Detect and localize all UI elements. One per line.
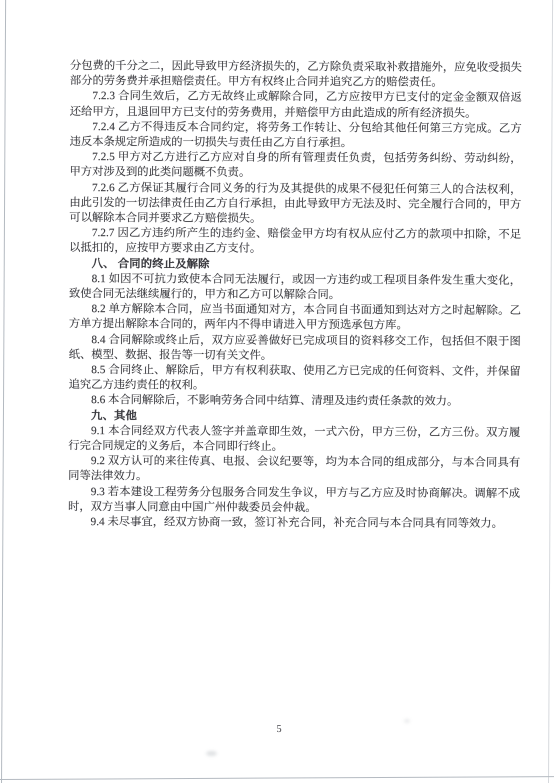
- contract-paragraph: 9.3 若本建设工程劳务分包服务合同发生争议，甲方与乙方应及时协商解决。调解不成…: [68, 485, 520, 517]
- page-edge-bottom: [0, 776, 554, 780]
- page-edge-right: [548, 0, 553, 783]
- scan-artifact: [206, 751, 217, 756]
- scan-artifact: [404, 719, 410, 723]
- contract-paragraph: 7.2.6 乙方保证其履行合同义务的行为及其提供的成果不侵犯任何第三人的合法权利…: [69, 181, 521, 229]
- contract-paragraph: 9.1 本合同经双方代表人签字并盖章即生效，一式六份，甲方三份，乙方三份。双方履…: [68, 424, 520, 456]
- contract-paragraph: 九、其他: [68, 409, 520, 426]
- contract-paragraph: 分包费的千分之二，因此导致甲方经济损失的，乙方除负责采取补救措施外，应免收受损失…: [70, 59, 522, 91]
- contract-paragraph: 8.6 本合同解除后，不影响劳务合同中结算、清理及违约责任条款的效力。: [68, 393, 520, 410]
- contract-paragraph: 8.1 如因不可抗力致使本合同无法履行，或因一方违约或工程项目条件发生重大变化，…: [69, 272, 521, 304]
- contract-paragraph: 8.4 合同解除或终止后，双方应妥善做好已完成项目的资料移交工作，包括但不限于图…: [69, 333, 521, 365]
- contract-paragraph: 八、 合同的终止及解除: [69, 257, 521, 274]
- contract-paragraph: 8.5 合同终止、解除后，甲方有权利获取、使用乙方已完成的任何资料、文件，并保留…: [69, 363, 521, 395]
- contract-body: 分包费的千分之二，因此导致甲方经济损失的，乙方除负责采取补救措施外，应免收受损失…: [68, 59, 522, 532]
- document-viewport: 分包费的千分之二，因此导致甲方经济损失的，乙方除负责采取补救措施外，应免收受损失…: [0, 0, 554, 783]
- page-edge-left: [1, 0, 6, 783]
- contract-paragraph: 7.2.3 合同生效后，乙方无故终止或解除合同，乙方应按甲方已支付的定金金额双倍…: [70, 89, 522, 121]
- page-number: 5: [259, 724, 299, 735]
- scanned-contract-page: { "colors": { "paper-color": "#ffffff", …: [0, 0, 554, 783]
- contract-paragraph: 8.2 单方解除本合同，应当书面通知对方，本合同自书面通知到达对方之时起解除。乙…: [69, 302, 521, 334]
- contract-paragraph: 7.2.4 乙方不得违反本合同约定，将劳务工作转让、分包给其他任何第三方完成。乙…: [70, 120, 522, 152]
- contract-paragraph: 7.2.7 因乙方违约所产生的违约金、赔偿金甲方均有权从应付乙方的款项中扣除，不…: [69, 226, 521, 258]
- contract-paragraph: 9.2 双方认可的来往传真、电报、会议纪要等，均为本合同的组成部分，与本合同具有…: [68, 454, 520, 486]
- contract-paragraph: 7.2.5 甲方对乙方进行乙方应对自身的所有管理责任负责，包括劳务纠纷、劳动纠纷…: [69, 150, 521, 182]
- contract-paragraph: 9.4 未尽事宜，经双方协商一致，签订补充合同，补充合同与本合同具有同等效力。: [68, 515, 520, 532]
